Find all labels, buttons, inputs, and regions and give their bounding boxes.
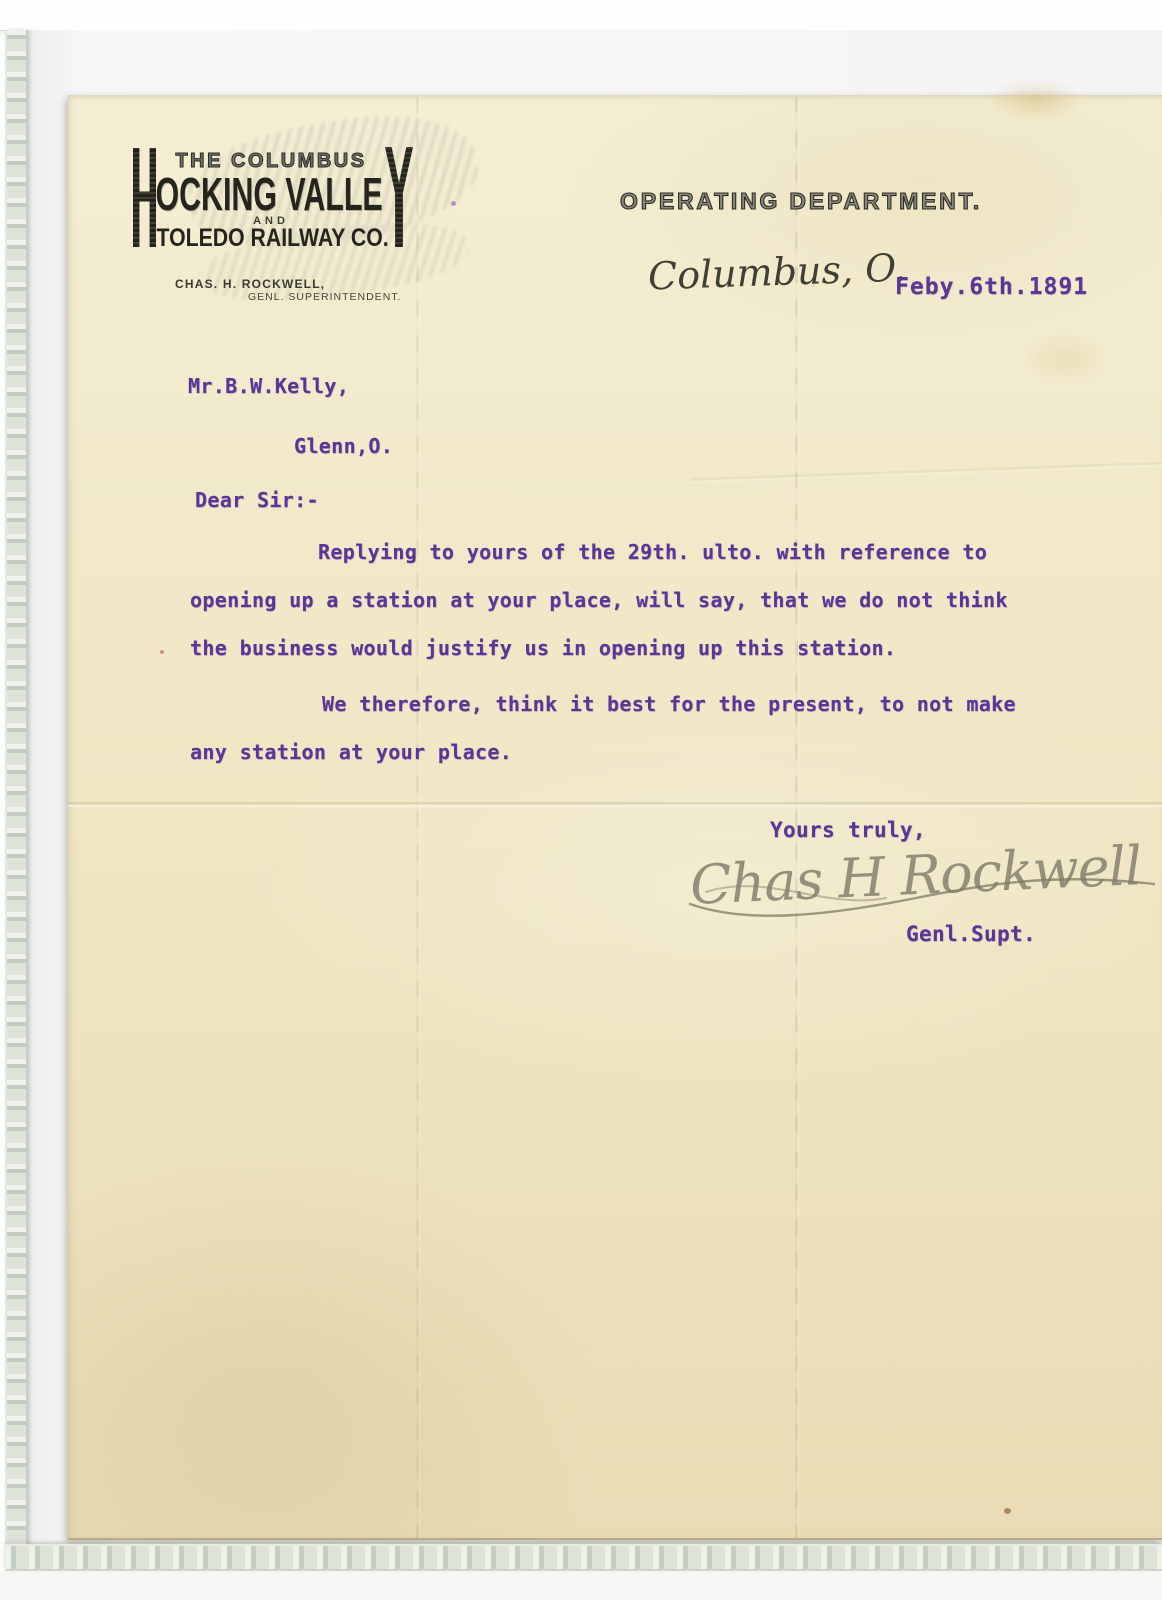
scanner-bottom-strip	[0, 1571, 1162, 1600]
sleeve-edge-bottom	[5, 1544, 1162, 1571]
recipient-name: Mr.B.W.Kelly,	[188, 374, 349, 398]
letter-paper	[68, 95, 1162, 1540]
scanned-letter: H Y THE COLUMBUS OCKING VALLE AND TOLEDO…	[0, 0, 1162, 1600]
body-para1-line3: the business would justify us in opening…	[190, 636, 896, 660]
red-speck	[160, 650, 164, 654]
body-para2-line2: any station at your place.	[190, 740, 512, 764]
fold-crease-horizontal	[68, 802, 1162, 807]
signer-title: Genl.Supt.	[906, 922, 1036, 946]
department-heading: OPERATING DEPARTMENT.	[620, 188, 982, 215]
paper-spot-bottom-right	[1004, 1508, 1011, 1514]
dateline-date: Feby.6th.1891	[895, 274, 1088, 300]
scanner-top-strip	[0, 0, 1162, 30]
officer-title: GENL. SUPERINTENDENT.	[248, 291, 401, 303]
body-para2-line1: We therefore, think it best for the pres…	[322, 692, 1016, 716]
recipient-city: Glenn,O.	[294, 434, 393, 458]
body-para1-line2: opening up a station at your place, will…	[190, 588, 1008, 612]
sleeve-edge-left	[5, 30, 28, 1587]
logo-line-hocking-valley: OCKING VALLE	[156, 171, 383, 217]
officer-name: CHAS. H. ROCKWELL,	[175, 277, 325, 291]
paper-stain-right	[1020, 330, 1110, 386]
body-para1-line1: Replying to yours of the 29th. ulto. wit…	[318, 540, 987, 564]
salutation: Dear Sir:-	[195, 488, 319, 512]
logo-line-toledo-railway: TOLEDO RAILWAY CO.	[156, 226, 388, 251]
closing: Yours truly,	[770, 818, 926, 842]
dateline-place: Columbus, O.	[647, 246, 906, 299]
fold-crease-vertical-left	[416, 97, 419, 1538]
paper-stain-top-right	[988, 78, 1084, 122]
signature-flourish	[676, 858, 1162, 928]
